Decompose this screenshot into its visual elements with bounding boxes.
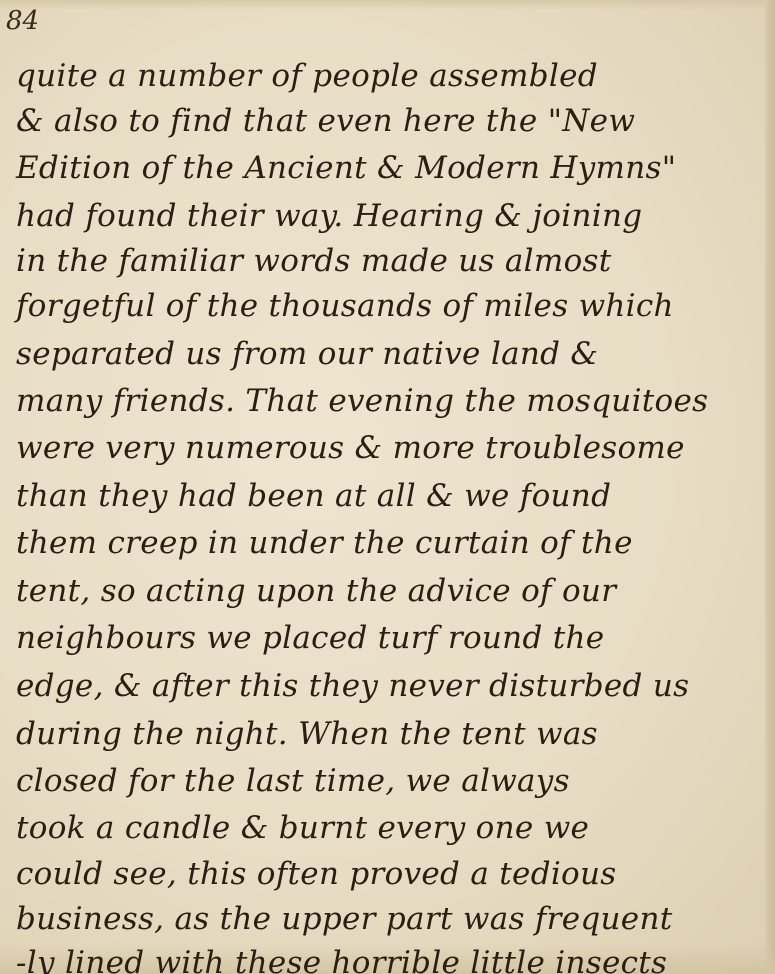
text-line: business, as the upper part was frequent <box>16 901 672 937</box>
text-line: Edition of the Ancient & Modern Hymns" <box>16 150 676 186</box>
text-line: tent, so acting upon the advice of our <box>16 573 616 609</box>
text-line: them creep in under the curtain of the <box>16 525 633 561</box>
text-line: could see, this often proved a tedious <box>16 856 617 892</box>
text-line: than they had been at all & we found <box>16 478 611 514</box>
page-top-shadow <box>0 0 775 10</box>
text-line: quite a number of people assembled <box>16 58 598 94</box>
page-edge <box>765 0 775 974</box>
text-line: during the night. When the tent was <box>16 716 598 752</box>
text-line: neighbours we placed turf round the <box>16 620 604 656</box>
text-line: separated us from our native land & <box>16 336 598 372</box>
text-line: were very numerous & more troublesome <box>16 430 685 466</box>
manuscript-page: 84 quite a number of people assembled & … <box>0 0 775 974</box>
text-line: & also to find that even here the "New <box>16 103 635 139</box>
text-line: had found their way. Hearing & joining <box>16 198 642 234</box>
page-number: 84 <box>6 6 39 36</box>
text-line: forgetful of the thousands of miles whic… <box>16 288 674 324</box>
text-line: edge, & after this they never disturbed … <box>16 668 689 704</box>
text-line: many friends. That evening the mosquitoe… <box>16 383 708 419</box>
text-line: -ly lined with these horrible little ins… <box>16 945 667 974</box>
text-line: in the familiar words made us almost <box>16 243 612 279</box>
text-line: closed for the last time, we always <box>16 763 570 799</box>
text-line: took a candle & burnt every one we <box>16 810 589 846</box>
